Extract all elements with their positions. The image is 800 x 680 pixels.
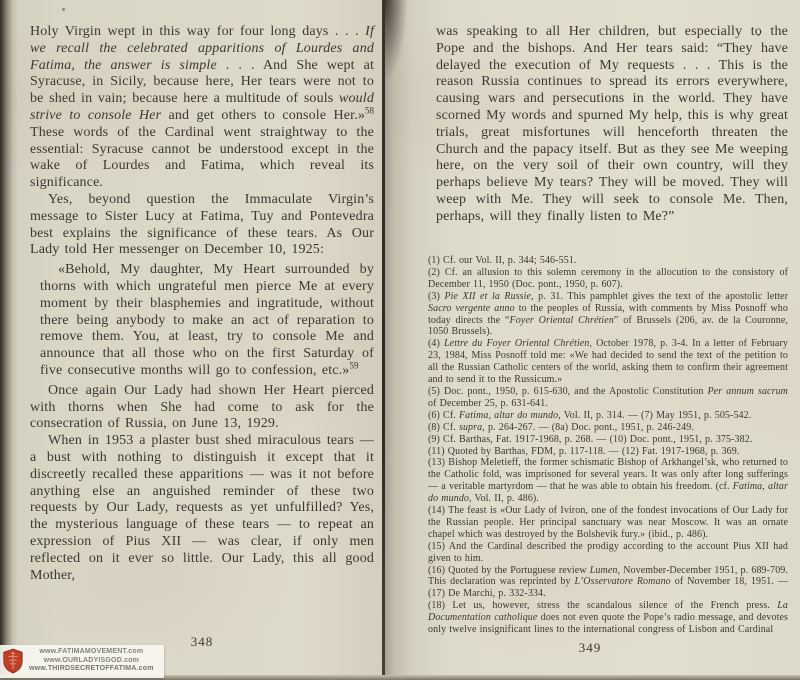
- block-quote: «Behold, My daughter, My Heart surrounde…: [40, 262, 374, 380]
- scan-speck: [62, 8, 65, 11]
- paragraph: Once again Our Lady had shown Her Heart …: [30, 383, 374, 433]
- footnote: (15) And the Cardinal described the prod…: [428, 541, 788, 565]
- footnote: (9) Cf. Barthas, Fat. 1917-1968, p. 268.…: [428, 434, 788, 446]
- scan-speck: [757, 34, 760, 36]
- right-page-number: 349: [410, 640, 770, 656]
- paragraph: Holy Virgin wept in this way for four lo…: [30, 24, 374, 192]
- footnote: (8) Cf. supra, p. 264-267. — (8a) Doc. p…: [428, 422, 788, 434]
- footnote: (4) Lettre du Foyer Oriental Chrétien, O…: [428, 338, 788, 386]
- footnote: (13) Bishop Meletieff, the former schism…: [428, 457, 788, 505]
- watermark-url: www.THIRDSECRETOFFATIMA.com: [29, 665, 154, 674]
- watermark-urls: www.FATIMAMOVEMENT.com www.OURLADYISGOD.…: [29, 648, 154, 674]
- footnotes-block: (1) Cf. our Vol. II, p. 344; 546-551.(2)…: [428, 255, 788, 636]
- shield-crest-logo-icon: [2, 648, 24, 674]
- footnote: (14) The feast is «Our Lady of Iviron, o…: [428, 505, 788, 541]
- right-page: was speaking to all Her children, but es…: [385, 0, 800, 680]
- paragraph: When in 1953 a plaster bust shed miracul…: [30, 433, 374, 584]
- footnote: (18) Let us, however, stress the scandal…: [428, 600, 788, 636]
- right-page-text: was speaking to all Her children, but es…: [436, 24, 788, 226]
- footnote: (3) Pie XII et la Russie, p. 31. This pa…: [428, 291, 788, 339]
- footnote: (6) Cf. Fatima, altar do mundo, Vol. II,…: [428, 410, 788, 422]
- footnote: (16) Quoted by the Portuguese review Lum…: [428, 565, 788, 601]
- watermark-url: www.FATIMAMOVEMENT.com: [39, 648, 143, 657]
- book-scan: Holy Virgin wept in this way for four lo…: [0, 0, 800, 680]
- footnote: (2) Cf. an allusion to this solemn cerem…: [428, 267, 788, 291]
- paragraph: Yes, beyond question the Immaculate Virg…: [30, 192, 374, 259]
- footnote: (5) Doc. pont., 1950, p. 615-630, and th…: [428, 386, 788, 410]
- watermark-url: www.OURLADYISGOD.com: [44, 657, 140, 666]
- left-page-text: Holy Virgin wept in this way for four lo…: [30, 24, 374, 584]
- paragraph: was speaking to all Her children, but es…: [436, 24, 788, 226]
- left-page: Holy Virgin wept in this way for four lo…: [0, 0, 383, 680]
- footnote: (11) Quoted by Barthas, FDM, p. 117-118.…: [428, 446, 788, 458]
- footnote: (1) Cf. our Vol. II, p. 344; 546-551.: [428, 255, 788, 267]
- watermark: www.FATIMAMOVEMENT.com www.OURLADYISGOD.…: [0, 645, 164, 678]
